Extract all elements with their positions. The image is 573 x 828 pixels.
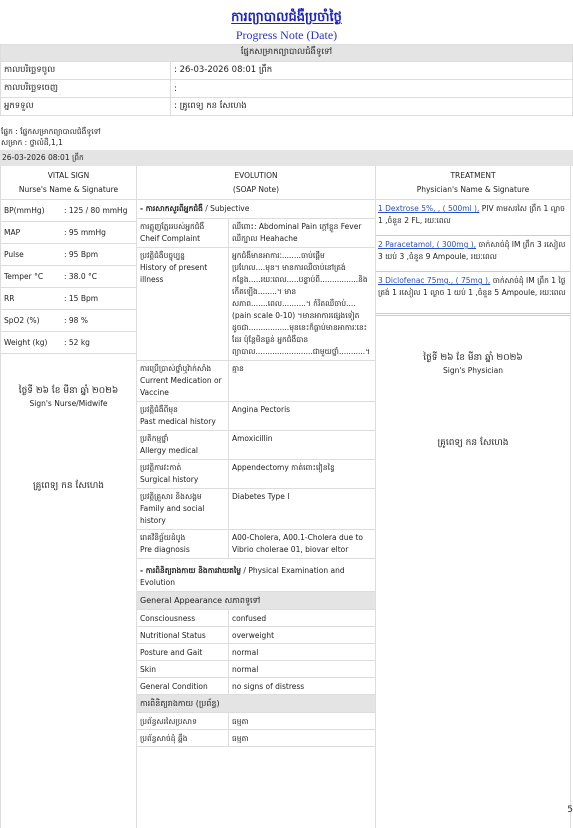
treatment-title: TREATMENT: [376, 169, 570, 183]
patient-meta: ផ្នែក : ផ្នែកសម្រាកព្យាបាលជំងឺទូទៅ សម្រា…: [0, 126, 573, 148]
evolution-header: EVOLUTION (SOAP Note): [137, 166, 375, 200]
treatment-header: TREATMENT Physician's Name & Signature: [376, 166, 570, 200]
info-row: កាលបរិច្ឆេទចូល : 26-03-2026 08:01 ព្រឹក: [1, 62, 573, 80]
nurse-sign-role: Sign's Nurse/Midwife: [1, 398, 136, 410]
subjective-label-en: Cheif Complaint: [140, 233, 225, 245]
vital-row: Pulse: 95 Bpm: [1, 244, 136, 266]
exam-label: Nutritional Status: [137, 627, 229, 643]
vital-sign-column: VITAL SIGN Nurse's Name & Signature BP(m…: [0, 166, 137, 828]
vital-value: : 52 kg: [64, 332, 90, 353]
vital-label: Weight (kg): [4, 332, 64, 353]
general-appearance-row: General Conditionno signs of distress: [137, 678, 375, 695]
page-title: ការព្យាបាលជំងឺប្រចាំថ្ងៃ: [0, 0, 573, 26]
physical-exam-title-kh: - ការពិនិត្យរាងកាយ និងការវាយតម្លៃ: [140, 566, 241, 575]
general-appearance-row: Nutritional Statusoverweight: [137, 627, 375, 644]
subjective-label-kh: ប្រវត្តិការវះកាត់: [140, 463, 181, 472]
subjective-value: Amoxicillin: [229, 431, 375, 459]
subjective-label-en: Past medical history: [140, 416, 225, 428]
exam-label: ប្រព័ន្ធសរសៃប្រសាទ: [137, 713, 229, 729]
nurse-sign-name: គ្រូពេទ្យ កន សែហេង: [1, 480, 136, 493]
treatment-column: TREATMENT Physician's Name & Signature 1…: [376, 166, 571, 828]
vital-row: Temper °C: 38.0 °C: [1, 266, 136, 288]
system-exam-row: ប្រព័ន្ធសរសៃប្រសាទធម្មតា: [137, 713, 375, 730]
vital-value: : 38.0 °C: [64, 266, 97, 287]
subjective-value: Diabetes Type I: [229, 489, 375, 529]
evolution-column: EVOLUTION (SOAP Note) - ការសាកសួរពីអ្នកជ…: [137, 166, 376, 828]
subjective-value: A00-Cholera, A00.1-Cholera due to Vibrio…: [229, 530, 375, 558]
note-date-band: 26-03-2026 08:01 ព្រឹក: [0, 150, 573, 166]
vital-value: : 15 Bpm: [64, 288, 98, 309]
subjective-row: ប្រវត្តិជំងឺពីមុនPast medical historyAng…: [137, 402, 375, 431]
vital-row: SpO2 (%): 98 %: [1, 310, 136, 332]
evolution-title: EVOLUTION: [137, 169, 375, 183]
subjective-value: អ្នកជំងឺមានអាការៈ........ចាប់ផ្តើមប្រហែល…: [229, 248, 375, 360]
receiver-value: : គ្រូពេទ្យ កន សែហេង: [171, 98, 573, 116]
subjective-row: ប្រវត្តិគ្រួសារ និងសង្គមFamily and socia…: [137, 489, 375, 530]
vital-value: : 95 mmHg: [64, 222, 106, 243]
info-row: អ្នកទទួល : គ្រូពេទ្យ កន សែហេង: [1, 98, 573, 116]
vital-label: BP(mmHg): [4, 200, 64, 221]
exam-label: Posture and Gait: [137, 644, 229, 660]
page-subtitle: Progress Note (Date): [0, 26, 573, 44]
medication-link[interactable]: 2 Paracetamol, ( 300mg ),: [378, 240, 476, 249]
exam-value: ធម្មតា: [229, 730, 375, 746]
page-title-kh: ការព្យាបាលជំងឺប្រចាំថ្ងៃ: [231, 10, 342, 25]
vital-row: BP(mmHg): 125 / 80 mmHg: [1, 200, 136, 222]
subjective-title-en: / Subjective: [203, 204, 249, 213]
subjective-label-en: Pre diagnosis: [140, 544, 225, 556]
exam-label: Consciousness: [137, 610, 229, 626]
vital-sign-list: BP(mmHg): 125 / 80 mmHgMAP: 95 mmHgPulse…: [1, 200, 136, 354]
treatment-item: 1 Dextrose 5%, , ( 500ml ), PIV តាមសរសៃ …: [376, 200, 570, 236]
physician-sign-role: Sign's Physician: [376, 365, 570, 377]
ward-header: ផ្នែកសម្រាកព្យាបាលជំងឺទូទៅ: [1, 45, 573, 62]
subjective-row: ប្រតិកម្មថ្នាំAllergy medicalAmoxicillin: [137, 431, 375, 460]
nurse-sign-date: ថ្ងៃទី ២៦ ខែ មីនា ឆ្នាំ ២០២៦: [1, 384, 136, 398]
exam-value: ធម្មតា: [229, 713, 375, 729]
progress-note-grid: VITAL SIGN Nurse's Name & Signature BP(m…: [0, 166, 573, 828]
subjective-label-kh: ប្រតិកម្មថ្នាំ: [140, 434, 168, 443]
physician-sign-date: ថ្ងៃទី ២៦ ខែ មីនា ឆ្នាំ ២០២៦: [376, 351, 570, 365]
vital-row: RR: 15 Bpm: [1, 288, 136, 310]
vital-row: MAP: 95 mmHg: [1, 222, 136, 244]
subjective-label-kh: ប្រវត្តិជំងឺពីមុន: [140, 405, 178, 414]
info-row: កាលបរិច្ឆេទចេញ :: [1, 80, 573, 98]
subjective-row: ប្រវត្តិជំងឺបច្ចុប្បន្នHistory of presen…: [137, 248, 375, 361]
department-text: ផ្នែក : ផ្នែកសម្រាកព្យាបាលជំងឺទូទៅ: [1, 126, 573, 137]
medication-link[interactable]: 3 Diclofenac 75mg., ( 75mg ),: [378, 276, 490, 285]
exam-label: ប្រព័ន្ធសាច់ដុំ ឆ្អឹង: [137, 730, 229, 746]
treatment-list: 1 Dextrose 5%, , ( 500ml ), PIV តាមសរសៃ …: [376, 200, 570, 316]
system-exam-row: ប្រព័ន្ធសាច់ដុំ ឆ្អឹងធម្មតា: [137, 730, 375, 747]
subjective-label-kh: ប្រវត្តិជំងឺបច្ចុប្បន្ន: [140, 251, 185, 260]
subjective-value: គ្មាន: [229, 361, 375, 401]
physical-exam-section-header: - ការពិនិត្យរាងកាយ និងការវាយតម្លៃ / Phys…: [137, 559, 375, 592]
subjective-value: Appendectomy កាត់ពោះវៀនខ្វៃ: [229, 460, 375, 488]
subjective-label-en: Surgical history: [140, 474, 225, 486]
subjective-label-kh: ប្រវត្តិគ្រួសារ និងសង្គម: [140, 492, 202, 501]
subjective-label: ប្រតិកម្មថ្នាំAllergy medical: [137, 431, 229, 459]
admission-info-table: ផ្នែកសម្រាកព្យាបាលជំងឺទូទៅ កាលបរិច្ឆេទចូ…: [0, 44, 573, 116]
physician-signature-block: ថ្ងៃទី ២៦ ខែ មីនា ឆ្នាំ ២០២៦ Sign's Phys…: [376, 351, 570, 377]
nurse-signature-block: ថ្ងៃទី ២៦ ខែ មីនា ឆ្នាំ ២០២៦ Sign's Nurs…: [1, 384, 136, 410]
vital-label: MAP: [4, 222, 64, 243]
exam-value: normal: [229, 644, 375, 660]
subjective-label-en: Family and social history: [140, 503, 225, 527]
subjective-title-kh: - ការសាកសួរពីអ្នកជំងឺ: [140, 204, 203, 213]
general-appearance-row: Posture and Gaitnormal: [137, 644, 375, 661]
subjective-label: ការប្រើប្រាស់ថ្នាំឬវ៉ាក់សាំងCurrent Medi…: [137, 361, 229, 401]
subjective-label: ប្រវត្តិគ្រួសារ និងសង្គមFamily and socia…: [137, 489, 229, 529]
vital-row: Weight (kg): 52 kg: [1, 332, 136, 354]
subjective-label: រោគវិនិច្ឆ័យដំបូងPre diagnosis: [137, 530, 229, 558]
exam-label: Skin: [137, 661, 229, 677]
exam-value: overweight: [229, 627, 375, 643]
evolution-subtitle: (SOAP Note): [137, 183, 375, 197]
vital-label: RR: [4, 288, 64, 309]
subjective-row: ការត្អូញត្អែររបស់អ្នកជំងឺCheif Complaint…: [137, 219, 375, 248]
subjective-label: ប្រវត្តិជំងឺពីមុនPast medical history: [137, 402, 229, 430]
subjective-row: រោគវិនិច្ឆ័យដំបូងPre diagnosisA00-Choler…: [137, 530, 375, 559]
physician-sign-name: គ្រូពេទ្យ កន សែហេង: [376, 437, 570, 450]
subjective-label-kh: រោគវិនិច្ឆ័យដំបូង: [140, 533, 185, 542]
vital-label: Pulse: [4, 244, 64, 265]
vital-sign-title: VITAL SIGN: [1, 169, 136, 183]
subjective-label: ការត្អូញត្អែររបស់អ្នកជំងឺCheif Complaint: [137, 219, 229, 247]
system-exam-header: ការពិនិត្យរាងកាយ (ប្រព័ន្ធ): [137, 695, 375, 713]
exam-value: no signs of distress: [229, 678, 375, 694]
subjective-row: ប្រវត្តិការវះកាត់Surgical historyAppende…: [137, 460, 375, 489]
exam-label: General Condition: [137, 678, 229, 694]
general-appearance-list: ConsciousnessconfusedNutritional Statuso…: [137, 610, 375, 695]
vital-label: Temper °C: [4, 266, 64, 287]
subjective-label: ប្រវត្តិការវះកាត់Surgical history: [137, 460, 229, 488]
admission-date-label: កាលបរិច្ឆេទចូល: [1, 62, 171, 80]
subjective-value: Angina Pectoris: [229, 402, 375, 430]
page-number: 5: [567, 805, 573, 815]
vital-value: : 125 / 80 mmHg: [64, 200, 127, 221]
subjective-label-kh: ការប្រើប្រាស់ថ្នាំឬវ៉ាក់សាំង: [140, 364, 211, 373]
exam-value: confused: [229, 610, 375, 626]
vital-value: : 98 %: [64, 310, 88, 331]
subjective-label-en: History of present illness: [140, 262, 225, 286]
treatment-subtitle: Physician's Name & Signature: [376, 183, 570, 197]
vital-value: : 95 Bpm: [64, 244, 98, 265]
discharge-date-label: កាលបរិច្ឆេទចេញ: [1, 80, 171, 98]
general-appearance-row: Skinnormal: [137, 661, 375, 678]
bed-text: សម្រាក : ថ្នាលំដឺ,1,1: [1, 137, 573, 148]
subjective-list: ការត្អូញត្អែររបស់អ្នកជំងឺCheif Complaint…: [137, 219, 375, 559]
treatment-item: 3 Diclofenac 75mg., ( 75mg ), ចាក់សាច់ដុ…: [376, 272, 570, 316]
vital-sign-subtitle: Nurse's Name & Signature: [1, 183, 136, 197]
discharge-date-value: :: [171, 80, 573, 98]
subjective-label-en: Current Medication or Vaccine: [140, 375, 225, 399]
subjective-label-kh: ការត្អូញត្អែររបស់អ្នកជំងឺ: [140, 222, 204, 231]
subjective-value: ឈឺពោះ: Abdominal Pain ក្តៅខ្លួន Fever ឈឺ…: [229, 219, 375, 247]
subjective-label: ប្រវត្តិជំងឺបច្ចុប្បន្នHistory of presen…: [137, 248, 229, 360]
admission-date-value: : 26-03-2026 08:01 ព្រឹក: [171, 62, 573, 80]
general-appearance-row: Consciousnessconfused: [137, 610, 375, 627]
vital-sign-header: VITAL SIGN Nurse's Name & Signature: [1, 166, 136, 200]
subjective-section-header: - ការសាកសួរពីអ្នកជំងឺ / Subjective: [137, 200, 375, 219]
exam-value: normal: [229, 661, 375, 677]
receiver-label: អ្នកទទួល: [1, 98, 171, 116]
vital-label: SpO2 (%): [4, 310, 64, 331]
treatment-item: 2 Paracetamol, ( 300mg ), ចាក់សាច់ដុំ IM…: [376, 236, 570, 272]
medication-link[interactable]: 1 Dextrose 5%, , ( 500ml ),: [378, 204, 479, 213]
general-appearance-header: General Appearance សភាពទូទៅ: [137, 592, 375, 610]
subjective-label-en: Allergy medical: [140, 445, 225, 457]
subjective-row: ការប្រើប្រាស់ថ្នាំឬវ៉ាក់សាំងCurrent Medi…: [137, 361, 375, 402]
system-exam-list: ប្រព័ន្ធសរសៃប្រសាទធម្មតាប្រព័ន្ធសាច់ដុំ …: [137, 713, 375, 747]
